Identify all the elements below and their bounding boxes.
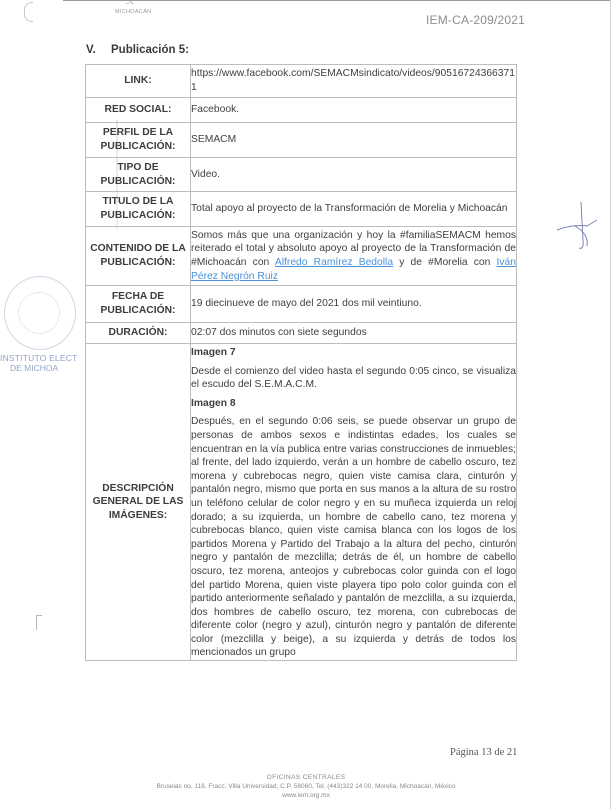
mention-link-1[interactable]: Alfredo Ramírez Bedolla — [275, 257, 393, 268]
scan-corner-mark — [36, 615, 42, 630]
publication-table: LINK: https://www.facebook.com/SEMACMsin… — [85, 64, 517, 661]
label-descripcion: DESCRIPCIÓN GENERAL DE LAS IMÁGENES: — [86, 344, 191, 661]
table-row-link: LINK: https://www.facebook.com/SEMACMsin… — [86, 65, 517, 98]
label-duracion: DURACIÓN: — [86, 323, 191, 344]
section-title: Publicación 5: — [111, 44, 189, 56]
table-row-duracion: DURACIÓN: 02:07 dos minutos con siete se… — [86, 323, 517, 344]
value-link: https://www.facebook.com/SEMACMsindicato… — [191, 65, 517, 98]
link-url[interactable]: https://www.facebook.com/SEMACMsindicato… — [191, 68, 515, 93]
value-red-social: Facebook. — [191, 98, 517, 123]
value-descripcion: Imagen 7 Desde el comienzo del video has… — [191, 344, 517, 661]
section-number: V. — [86, 44, 96, 56]
page-edge — [610, 0, 611, 809]
table-row-perfil: PERFIL DE LA PUBLICACIÓN: SEMACM — [86, 123, 517, 158]
header-rule — [63, 0, 610, 1]
table-row-tipo: TIPO DE PUBLICACIÓN: Video. — [86, 158, 517, 192]
logo-text: MICHOACÁN — [115, 9, 151, 15]
page-number: Página 13 de 21 — [450, 747, 517, 758]
image-7-heading: Imagen 7 — [191, 346, 516, 360]
label-link: LINK: — [86, 65, 191, 98]
value-tipo: Video. — [191, 158, 517, 192]
seal-emblem-icon — [18, 292, 60, 334]
table-row-red-social: RED SOCIAL: Facebook. — [86, 98, 517, 123]
label-perfil: PERFIL DE LA PUBLICACIÓN: — [86, 123, 191, 158]
value-titulo: Total apoyo al proyecto de la Transforma… — [191, 192, 517, 227]
seal-text-line-1: INSTITUTO ELECT — [0, 353, 77, 363]
iem-logo-icon: ℛ — [126, 0, 133, 7]
signature-icon — [553, 200, 603, 252]
value-fecha: 19 diecinueve de mayo del 2021 dos mil v… — [191, 286, 517, 323]
document-id: IEM-CA-209/2021 — [426, 13, 525, 27]
label-contenido: CONTENIDO DE LA PUBLICACIÓN: — [86, 227, 191, 286]
label-titulo: TITULO DE LA PUBLICACIÓN: — [86, 192, 191, 227]
seal-text-line-2: DE MICHOA — [10, 363, 58, 373]
image-8-description: Después, en el segundo 0:06 seis, se pue… — [191, 415, 516, 660]
table-row-fecha: FECHA DE PUBLICACIÓN: 19 diecinueve de m… — [86, 286, 517, 323]
label-red-social: RED SOCIAL: — [86, 98, 191, 123]
footer-office: OFICINAS CENTRALES — [0, 774, 612, 781]
scan-mark — [24, 2, 33, 22]
contenido-text-2: y de #Morelia con — [393, 257, 496, 268]
label-tipo: TIPO DE PUBLICACIÓN: — [86, 158, 191, 192]
image-7-description: Desde el comienzo del video hasta el seg… — [191, 365, 516, 392]
footer-address: Bruselas no. 118, Fracc. Villa Universid… — [0, 783, 612, 790]
value-duracion: 02:07 dos minutos con siete segundos — [191, 323, 517, 344]
table-row-titulo: TITULO DE LA PUBLICACIÓN: Total apoyo al… — [86, 192, 517, 227]
image-8-heading: Imagen 8 — [191, 397, 516, 411]
table-row-contenido: CONTENIDO DE LA PUBLICACIÓN: Somos más q… — [86, 227, 517, 286]
value-perfil: SEMACM — [191, 123, 517, 158]
footer-website[interactable]: www.iem.org.mx — [0, 792, 612, 799]
label-fecha: FECHA DE PUBLICACIÓN: — [86, 286, 191, 323]
value-contenido: Somos más que una organización y hoy la … — [191, 227, 517, 286]
table-row-descripcion: DESCRIPCIÓN GENERAL DE LAS IMÁGENES: Ima… — [86, 344, 517, 661]
